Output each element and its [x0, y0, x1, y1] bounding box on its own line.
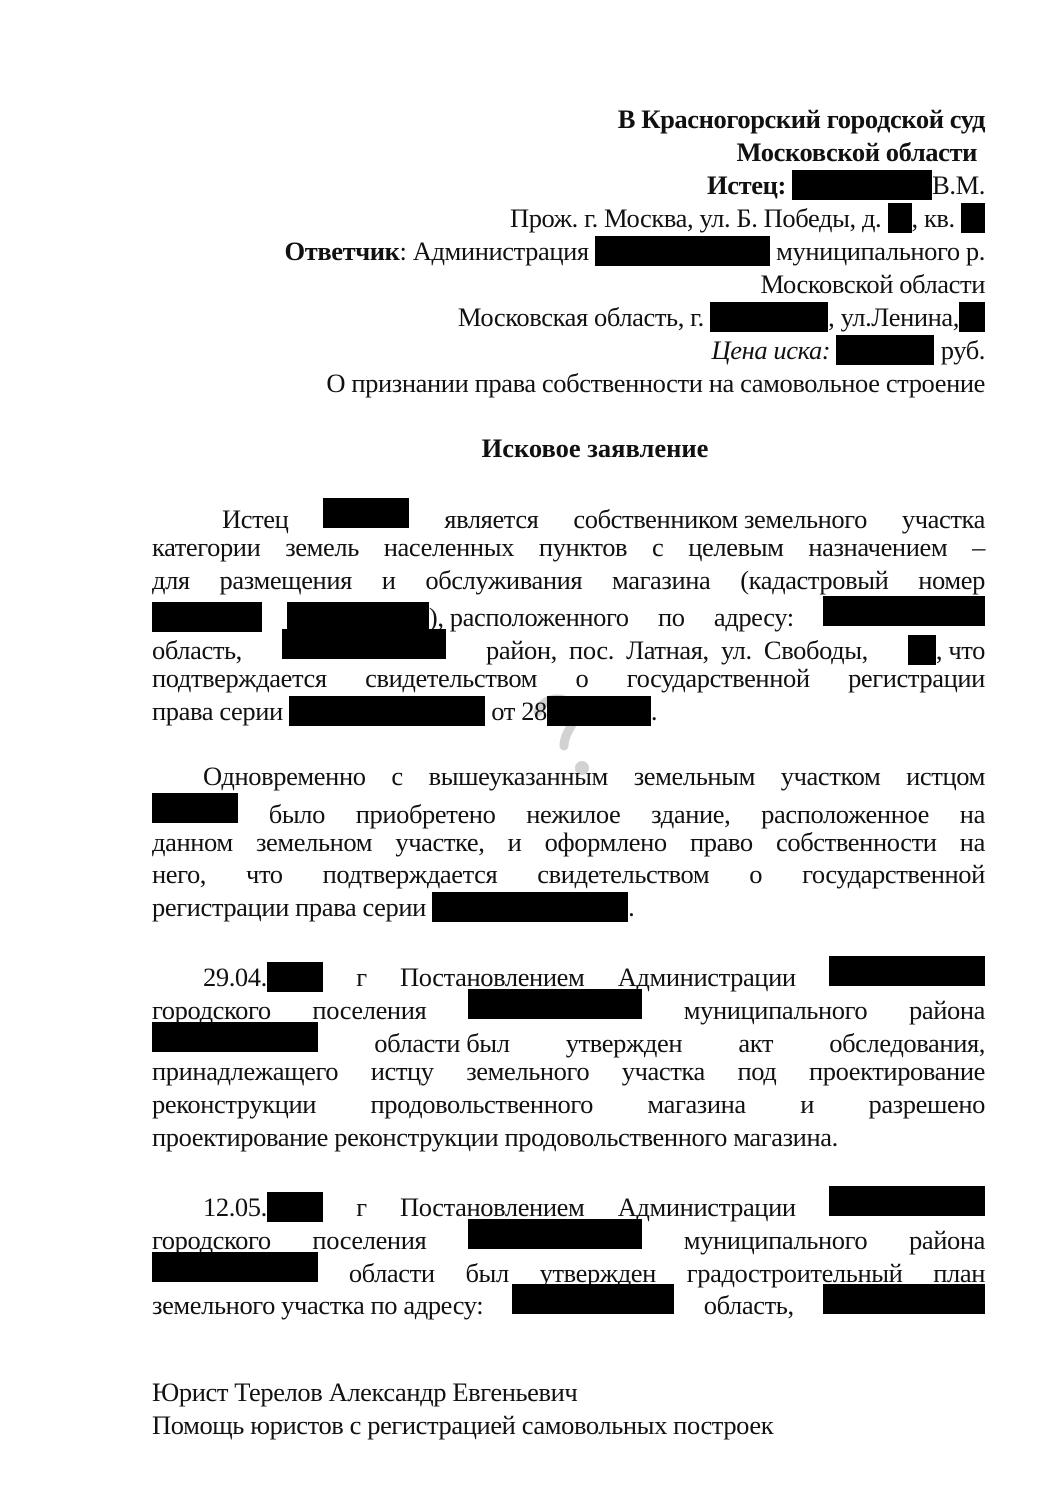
word: обслуживания: [425, 564, 582, 596]
p1-line3: для размещения и обслуживания магазина (…: [152, 564, 985, 596]
p2-line5: регистрации права серии .: [152, 891, 634, 923]
defendant-text: : Администрация: [400, 236, 589, 266]
word: разрешено: [868, 1088, 985, 1120]
word: с: [652, 531, 663, 563]
p2-line3: данном земельном участке, и оформлено пр…: [152, 826, 985, 858]
word: (кадастровый: [740, 564, 888, 596]
plaintiff-address: Прож. г. Москва, ул. Б. Победы, д. , кв.: [510, 202, 985, 234]
word: регистрации права серии: [152, 892, 426, 922]
word: участка: [622, 1055, 705, 1087]
word: .: [628, 892, 634, 922]
word: истцу: [371, 1055, 434, 1087]
word: о: [575, 662, 588, 694]
p1-line1: Истец является собственником земельного …: [222, 498, 985, 535]
claim-price: Цена иска: руб.: [711, 334, 985, 366]
word: под: [737, 1055, 776, 1087]
word: участком: [781, 760, 881, 792]
word: продовольственного: [370, 1088, 593, 1120]
redaction: [836, 335, 934, 365]
defendant-line: Ответчик: Администрация муниципального р…: [285, 235, 985, 267]
word: , что: [936, 635, 985, 665]
redaction: [547, 696, 651, 726]
redaction: [282, 629, 446, 659]
word: свидетельством: [365, 662, 537, 694]
plaintiff-apt-label: , кв.: [912, 203, 955, 233]
word: земельного: [466, 1055, 589, 1087]
word: для: [152, 564, 190, 596]
word: регистрации: [848, 662, 985, 694]
p3-line6: проектирование реконструкции продовольст…: [152, 1121, 838, 1153]
p4-line4: земельного участка по адресу: область,: [152, 1284, 985, 1321]
redaction: [152, 1252, 318, 1282]
word: о: [749, 858, 762, 890]
redaction: [287, 602, 429, 632]
word: оформлено: [545, 826, 667, 858]
redaction: [267, 1192, 323, 1222]
redaction: [468, 1219, 642, 1249]
word: него,: [152, 858, 206, 890]
word: номер: [918, 564, 985, 596]
word: участке,: [395, 826, 484, 858]
p3-line2: городского поселения муниципального райо…: [152, 989, 985, 1026]
word: подтверждается: [323, 858, 498, 890]
word: государственной: [802, 858, 985, 890]
word: вышеуказанным: [429, 760, 608, 792]
author-line: Юрист Терелов Александр Евгеньевич: [152, 1376, 577, 1408]
word: проектирование: [809, 1055, 985, 1087]
word: населенных: [384, 531, 514, 563]
p2-line2: было приобретено нежилое здание, располо…: [152, 793, 985, 830]
word: что: [246, 858, 283, 890]
p2-line4: него, что подтверждается свидетельством …: [152, 858, 985, 890]
word: собственности: [776, 826, 937, 858]
word: подтверждается: [152, 662, 327, 694]
redaction: [959, 302, 985, 332]
word: земельным: [634, 760, 755, 792]
word: права серии: [152, 696, 283, 726]
defendant-address-text: Московская область, г.: [458, 302, 704, 332]
p3-line4: принадлежащего истцу земельного участка …: [152, 1055, 985, 1087]
court-region: Московской области: [737, 136, 977, 168]
word: земельного участка по адресу:: [152, 1289, 483, 1321]
word: –: [972, 531, 985, 563]
word: земельном: [256, 826, 372, 858]
defendant-suffix: муниципального р.: [776, 236, 985, 266]
word: истцом: [906, 760, 985, 792]
word: земель: [285, 531, 359, 563]
p2-line1: Одновременно с вышеуказанным земельным у…: [203, 760, 985, 792]
redaction: [888, 203, 912, 233]
p1-line4: ), расположенного по адресу:: [152, 596, 985, 633]
plaintiff-label: Истец:: [707, 170, 786, 200]
word: область,: [704, 1289, 794, 1321]
word: магазина: [612, 564, 710, 596]
redaction: [823, 596, 985, 626]
redaction: [823, 1284, 985, 1314]
redaction: [792, 170, 932, 200]
redaction: [829, 1186, 985, 1216]
redaction: [595, 236, 770, 266]
word: свидетельством: [537, 858, 709, 890]
redaction: [152, 602, 262, 632]
word: от 28: [491, 696, 547, 726]
redaction: [152, 793, 238, 823]
word: пунктов: [539, 531, 627, 563]
word: и: [508, 826, 522, 858]
word: принадлежащего: [152, 1055, 338, 1087]
redaction: [829, 956, 985, 986]
word: и: [800, 1088, 814, 1120]
word: категории: [152, 531, 260, 563]
p1-line5: область, район, пос. Латная, ул. Свободы…: [152, 629, 985, 666]
redaction: [468, 989, 642, 1019]
p1-line6: подтверждается свидетельством о государс…: [152, 662, 985, 694]
plaintiff-address-text: Прож. г. Москва, ул. Б. Победы, д.: [510, 203, 881, 233]
defendant-street: , ул.Ленина,: [828, 302, 959, 332]
word: и: [382, 564, 396, 596]
word: с: [391, 760, 402, 792]
service-line: Помощь юристов с регистрацией самовольны…: [152, 1409, 773, 1441]
redaction: [961, 203, 985, 233]
word: магазина: [647, 1088, 745, 1120]
redaction: [289, 696, 485, 726]
document-title: Исковое заявление: [0, 432, 1061, 464]
plaintiff-initials: В.М.: [932, 170, 985, 200]
redaction: [710, 302, 828, 332]
word: государственной: [627, 662, 810, 694]
redaction: [908, 635, 936, 665]
p1-line7: права серии от 28.: [152, 695, 657, 727]
court-name: В Красногорский городской суд: [618, 103, 985, 135]
redaction: [432, 892, 628, 922]
date: 29.04.: [203, 962, 267, 992]
defendant-address: Московская область, г. , ул.Ленина,: [458, 301, 985, 333]
word: размещения: [220, 564, 352, 596]
p3-line3: области был утвержден акт обследования,: [152, 1022, 985, 1059]
p4-line2: городского поселения муниципального райо…: [152, 1219, 985, 1256]
word: реконструкции: [152, 1088, 316, 1120]
p3-line5: реконструкции продовольственного магазин…: [152, 1088, 985, 1120]
defendant-label: Ответчик: [285, 236, 400, 266]
p1-line2: категории земель населенных пунктов с це…: [152, 531, 985, 563]
redaction: [267, 962, 323, 992]
redaction: [512, 1284, 674, 1314]
p3-line1: 29.04. г Постановлением Администрации: [203, 956, 985, 993]
word: Одновременно: [203, 760, 366, 792]
claim-subject: О признании права собственности на самов…: [326, 367, 985, 399]
word: целевым: [688, 531, 783, 563]
claim-price-currency: руб.: [941, 335, 985, 365]
document-page: В Красногорский городской суд Московской…: [0, 0, 1061, 1500]
word: на: [960, 826, 985, 858]
date: 12.05.: [203, 1192, 267, 1222]
p4-line1: 12.05. г Постановлением Администрации: [203, 1186, 985, 1223]
word: назначением: [808, 531, 947, 563]
redaction: [323, 498, 409, 528]
defendant-region: Московской области: [761, 268, 985, 300]
word: .: [651, 696, 657, 726]
claim-price-label: Цена иска:: [711, 335, 830, 365]
redaction: [152, 1022, 318, 1052]
plaintiff-line: Истец: В.М.: [707, 169, 985, 201]
word: право: [690, 826, 753, 858]
word: ), расположенного: [429, 602, 629, 632]
word: данном: [152, 826, 233, 858]
